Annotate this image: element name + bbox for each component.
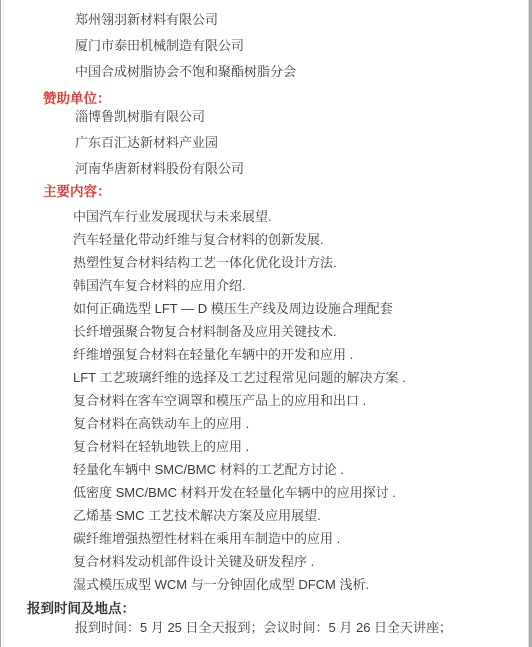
sponsors-list: 淄博鲁凯树脂有限公司 广东百汇达新材料产业园 河南华唐新材料股份有限公司 xyxy=(0,110,528,176)
organizer-list-item: 中国合成树脂协会不饱和聚酯树脂分会 xyxy=(75,65,528,79)
agenda-item: 长纤增强聚合物复合材料制备及应用关键技术. xyxy=(73,325,528,339)
supporting-organizations-list: 郑州翎羽新材料有限公司 厦门市泰田机械制造有限公司 中国合成树脂协会不饱和聚酯树… xyxy=(0,13,528,79)
agenda-item: 乙烯基 SMC 工艺技术解决方案及应用展望. xyxy=(73,509,528,523)
organizer-list-item: 郑州翎羽新材料有限公司 xyxy=(75,13,528,27)
agenda-item: 热塑性复合材料结构工艺一体化优化设计方法. xyxy=(73,256,528,270)
agenda-item: 轻量化车辆中 SMC/BMC 材料的工艺配方讨论 . xyxy=(73,463,528,477)
agenda-item: 复合材料发动机部件设计关键及研发程序 . xyxy=(73,555,528,569)
agenda-list: 中国汽车行业发展现状与未来展望. 汽车轻量化带动纤维与复合材料的创新发展. 热塑… xyxy=(0,210,528,592)
agenda-item: 复合材料在客车空调罩和模压产品上的应用和出口 . xyxy=(73,394,528,408)
sponsor-list-item: 广东百汇达新材料产业园 xyxy=(75,136,528,150)
agenda-item: LFT 工艺玻璃纤维的选择及工艺过程常见问题的解决方案 . xyxy=(73,371,528,385)
agenda-item: 低密度 SMC/BMC 材料开发在轻量化车辆中的应用探讨 . xyxy=(73,486,528,500)
agenda-item: 纤维增强复合材料在轻量化车辆中的开发和应用 . xyxy=(73,348,528,362)
main-content-heading: 主要内容： xyxy=(43,184,528,199)
agenda-item: 如何正确选型 LFT — D 模压生产线及周边设施合理配套 xyxy=(73,302,528,316)
agenda-item: 中国汽车行业发展现状与未来展望. xyxy=(73,210,528,224)
agenda-item: 复合材料在高铁动车上的应用 . xyxy=(73,417,528,431)
conference-notice-document: 郑州翎羽新材料有限公司 厦门市泰田机械制造有限公司 中国合成树脂协会不饱和聚酯树… xyxy=(0,0,528,635)
agenda-item: 碳纤维增强热塑性材料在乘用车制造中的应用 . xyxy=(73,532,528,546)
agenda-item: 汽车轻量化带动纤维与复合材料的创新发展. xyxy=(73,233,528,247)
sponsors-heading: 赞助单位： xyxy=(43,91,528,106)
sponsor-list-item: 河南华唐新材料股份有限公司 xyxy=(75,162,528,176)
registration-heading: 报到时间及地点： xyxy=(27,601,528,616)
organizer-list-item: 厦门市泰田机械制造有限公司 xyxy=(75,39,528,53)
sponsor-list-item: 淄博鲁凯树脂有限公司 xyxy=(75,110,528,124)
registration-detail: 报到时间：5 月 25 日全天报到；会议时间：5 月 26 日全天讲座； xyxy=(75,621,528,635)
agenda-item: 复合材料在轻轨地铁上的应用 . xyxy=(73,440,528,454)
agenda-item: 韩国汽车复合材料的应用介绍. xyxy=(73,279,528,293)
agenda-item: 湿式模压成型 WCM 与一分钟固化成型 DFCM 浅析. xyxy=(73,578,528,592)
